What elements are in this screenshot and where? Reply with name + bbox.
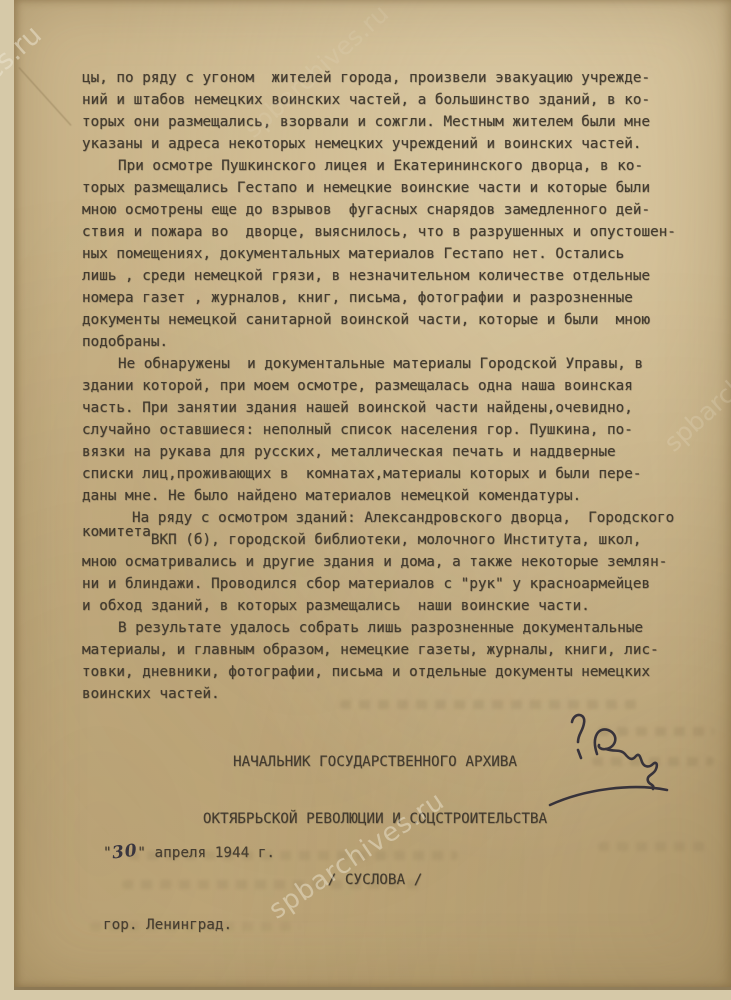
doc-line: Не обнаружены и документальные материалы… xyxy=(82,353,692,375)
doc-line: здании которой, при моем осмотре, размещ… xyxy=(82,375,692,397)
doc-line: часть. При занятии здания нашей воинской… xyxy=(82,397,692,419)
doc-line: мною осмотрены еще до взрывов фугасных с… xyxy=(82,199,692,221)
doc-line: торых размещались Гестапо и немецкие вои… xyxy=(82,177,692,199)
handwritten-signature xyxy=(545,698,685,818)
doc-line: лишь , среди немецкой грязи, в незначите… xyxy=(82,265,692,287)
doc-line: При осмотре Пушкинского лицея и Екатерин… xyxy=(82,155,692,177)
date-line: "30" апреля 1944 г. xyxy=(103,840,275,865)
doc-line: товки, дневники, фотографии, письма и от… xyxy=(82,661,692,683)
place-line: гор. Ленинград. xyxy=(103,913,275,937)
doc-line: материалы, и главным образом, немецкие г… xyxy=(82,639,692,661)
typed-text-block: цы, по ряду с угоном жителей города, про… xyxy=(82,67,692,705)
doc-line: ний и штабов немецких воинских частей, а… xyxy=(82,89,692,111)
date-block: "30" апреля 1944 г. гор. Ленинград. xyxy=(103,792,275,985)
doc-line: даны мне. Не было найдено материалов нем… xyxy=(82,485,692,507)
doc-line: номера газет , журналов, книг, письма, ф… xyxy=(82,287,692,309)
doc-line: ных помещениях, документальных материало… xyxy=(82,243,692,265)
doc-line: комитетаВКП (б), городской библиотеки, м… xyxy=(82,529,692,551)
quote-mark: " xyxy=(103,845,112,861)
paper-crease xyxy=(19,67,72,126)
handwritten-day: 30 xyxy=(110,839,138,866)
doc-line: документы немецкой санитарной воинской ч… xyxy=(82,309,692,331)
doc-line: мною осматривались и другие здания и дом… xyxy=(82,551,692,573)
doc-line: и обход зданий, в которых размещались на… xyxy=(82,595,692,617)
doc-line: случайно оставшиеся: неполный список нас… xyxy=(82,419,692,441)
bleedthrough-ghost xyxy=(598,842,710,851)
doc-line: подобраны. xyxy=(82,331,692,353)
doc-line: указаны и адреса некоторых немецких учре… xyxy=(82,133,692,155)
doc-line: вязки на рукава для русских, металлическ… xyxy=(82,441,692,463)
doc-line-text: ВКП (б), городской библиотеки, молочного… xyxy=(151,532,642,548)
doc-line: В результате удалось собрать лишь разроз… xyxy=(82,617,692,639)
doc-line: ни и блиндажи. Проводился сбор материало… xyxy=(82,573,692,595)
date-text: " апреля 1944 г. xyxy=(137,845,275,861)
doc-line: ствия и пожара во дворце, выяснилось, чт… xyxy=(82,221,692,243)
doc-line: торых они размещались, взорвали и сожгли… xyxy=(82,111,692,133)
doc-line: списки лиц,проживающих в комнатах,матери… xyxy=(82,463,692,485)
signer-title-line: НАЧАЛЬНИК ГОСУДАРСТВЕННОГО АРХИВА xyxy=(195,753,555,772)
scanned-document-page: цы, по ряду с угоном жителей города, про… xyxy=(0,0,731,1000)
doc-line: цы, по ряду с угоном жителей города, про… xyxy=(82,67,692,89)
inserted-word: комитета xyxy=(82,524,151,540)
doc-line: На ряду с осмотром зданий: Александровск… xyxy=(82,507,692,529)
